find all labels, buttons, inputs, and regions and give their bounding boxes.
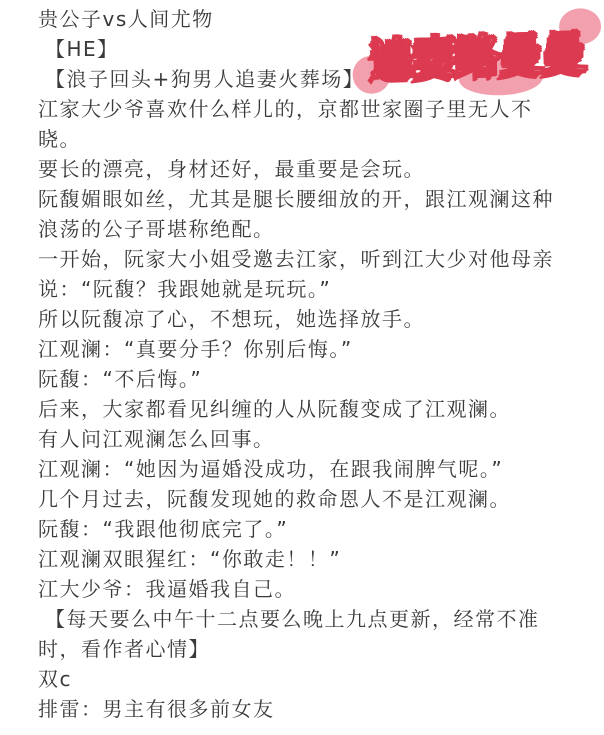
text-line: 阮馥媚眼如丝，尤其是腿长腰细放的开，跟江观澜这种 bbox=[38, 184, 594, 214]
tag-line-he: 【HE】 bbox=[38, 34, 594, 64]
text-line: 后来，大家都看见纠缠的人从阮馥变成了江观澜。 bbox=[38, 394, 594, 424]
text-line: 所以阮馥凉了心，不想玩，她选择放手。 bbox=[38, 304, 594, 334]
content-warning-line: 排雷：男主有很多前女友 bbox=[38, 694, 594, 724]
text-line: 说：“阮馥？我跟她就是玩玩。” bbox=[38, 274, 594, 304]
novel-intro-page: { "page": { "background_color": "#ffffff… bbox=[0, 0, 604, 735]
text-line: 要长的漂亮，身材还好，最重要是会玩。 bbox=[38, 154, 594, 184]
text-line: 阮馥：“不后悔。” bbox=[38, 364, 594, 394]
text-line: 江观澜双眼猩红：“你敢走！！” bbox=[38, 544, 594, 574]
text-line: 江家大少爷喜欢什么样儿的，京都世家圈子里无人不 bbox=[38, 94, 594, 124]
update-schedule-note: 时，看作者心情】 bbox=[38, 634, 594, 664]
novel-synopsis-text: 贵公子vs人间尤物 【HE】 【浪子回头+狗男人追妻火葬场】 江家大少爷喜欢什么… bbox=[38, 4, 594, 724]
text-line: 江大少爷：我逼婚我自己。 bbox=[38, 574, 594, 604]
text-line: 几个月过去，阮馥发现她的救命恩人不是江观澜。 bbox=[38, 484, 594, 514]
text-line: 江观澜：“真要分手？你别后悔。” bbox=[38, 334, 594, 364]
text-line: 有人问江观澜怎么回事。 bbox=[38, 424, 594, 454]
text-line: 阮馥：“我跟他彻底完了。” bbox=[38, 514, 594, 544]
text-line: 一开始，阮家大小姐受邀去江家，听到江大少对他母亲 bbox=[38, 244, 594, 274]
tag-line-tropes: 【浪子回头+狗男人追妻火葬场】 bbox=[38, 64, 594, 94]
text-line: 浪荡的公子哥堪称绝配。 bbox=[38, 214, 594, 244]
text-line: 晓。 bbox=[38, 124, 594, 154]
text-line: 双c bbox=[38, 664, 594, 694]
text-line: 江观澜：“她因为逼婚没成功，在跟我闹脾气呢。” bbox=[38, 454, 594, 484]
update-schedule-note: 【每天要么中午十二点要么晚上九点更新，经常不准 bbox=[38, 604, 594, 634]
title-line: 贵公子vs人间尤物 bbox=[38, 4, 594, 34]
